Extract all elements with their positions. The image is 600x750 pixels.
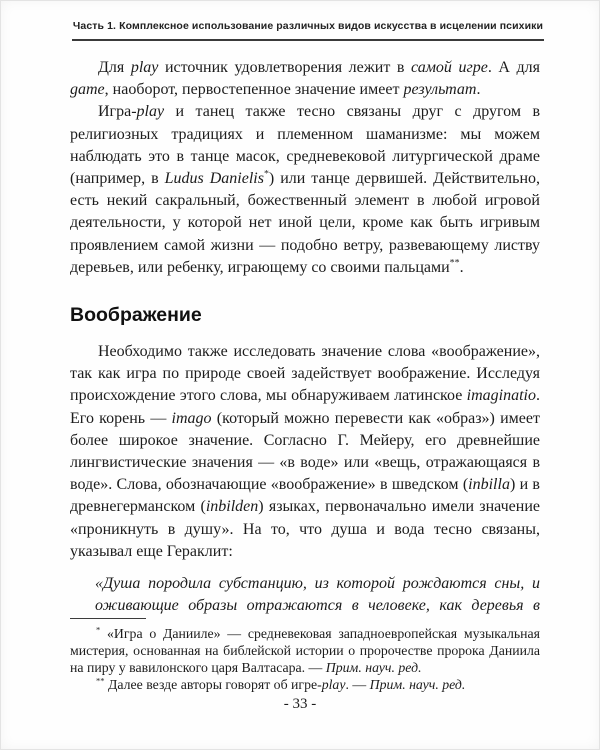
footnote-play-term: ** Далее везде авторы говорят об игре-pl… (70, 676, 540, 693)
page-body: Для play источник удовлетворения лежит в… (70, 57, 540, 617)
paragraph-play-and-dance: Игра-play и танец также тесно связаны др… (70, 101, 540, 279)
page-number: - 33 - (0, 696, 600, 713)
blockquote-heraclitus: «Душа породила субстанцию, из которой ро… (95, 573, 540, 617)
section-heading-imagination: Воображение (70, 303, 540, 327)
running-header: Часть 1. Комплексное использование разли… (72, 20, 544, 41)
footnotes-block: * «Игра о Данииле» — средневековая запад… (70, 618, 540, 693)
running-header-title: Часть 1. Комплексное использование разли… (72, 20, 544, 32)
paragraph-play-vs-game: Для play источник удовлетворения лежит в… (70, 57, 540, 101)
paragraph-imagination-etymology: Необходимо также исследовать значение сл… (70, 341, 540, 563)
footnote-separator-rule (70, 618, 146, 619)
footnote-ludus-danielis: * «Игра о Данииле» — средневековая запад… (70, 625, 540, 676)
book-page-scan: Часть 1. Комплексное использование разли… (0, 0, 600, 750)
